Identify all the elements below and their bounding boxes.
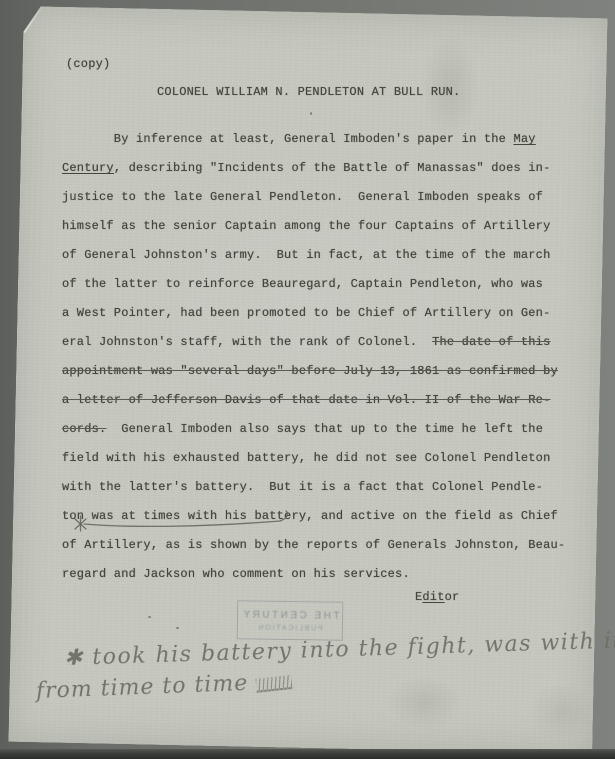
typed-line: a letter of Jefferson Davis of that date… [62, 386, 592, 415]
typed-segment: field with his exhausted battery, he did… [62, 451, 550, 465]
typed-line: with the latter's battery. But it is a f… [62, 473, 592, 502]
typed-segment: ton [62, 509, 84, 523]
typed-segment: of Artillery, as is shown by the reports… [62, 538, 565, 552]
signature-segment: or [445, 590, 460, 604]
typed-line: of the latter to reinforce Beauregard, C… [62, 270, 592, 299]
typed-segment: and active on the field as Chief [314, 509, 558, 523]
typed-segment: of General Johnston's army. But in fact,… [62, 248, 550, 262]
ink-speck [310, 112, 312, 115]
pencil-speck [148, 616, 151, 618]
handwritten-annotation-line-2: from time to time [36, 669, 293, 704]
typed-segment: a West Pointer, had been promoted to be … [62, 306, 550, 320]
typed-segment: with the latter's battery. But it is a f… [62, 480, 543, 494]
typed-segment: Century [62, 161, 114, 175]
typed-segment: himself as the senior Captain among the … [62, 219, 550, 233]
pencil-speck [176, 627, 179, 629]
typed-line: a West Pointer, had been promoted to be … [62, 299, 592, 328]
typed-segment: By inference at least, General Imboden's… [62, 132, 513, 146]
document-title: COLONEL WILLIAM N. PENDLETON AT BULL RUN… [157, 84, 460, 100]
page-content: (copy) COLONEL WILLIAM N. PENDLETON AT B… [0, 0, 615, 759]
typed-body: By inference at least, General Imboden's… [62, 125, 592, 589]
typed-line: himself as the senior Captain among the … [62, 212, 592, 241]
typed-line: eral Johnston's staff, with the rank of … [62, 328, 592, 357]
typed-line: appointment was "several days" before Ju… [62, 357, 592, 386]
typed-line: cords. General Imboden also says that up… [62, 415, 592, 444]
stamp-text-line1: THE CENTURY [241, 609, 340, 621]
typed-line: of General Johnston's army. But in fact,… [62, 241, 592, 270]
typed-segment: was at times with his battery, [84, 509, 313, 523]
typed-line: regard and Jackson who comment on his se… [62, 560, 592, 589]
typed-line: field with his exhausted battery, he did… [62, 444, 592, 473]
typed-segment: eral Johnston's staff, with the rank of … [62, 335, 432, 349]
typed-line: justice to the late General Pendleton. G… [62, 183, 592, 212]
typed-segment: , describing "Incidents of the Battle of… [114, 161, 551, 175]
typed-line: of Artillery, as is shown by the reports… [62, 531, 592, 560]
typed-line: ton was at times with his battery, and a… [62, 502, 592, 531]
typed-segment: May [513, 132, 535, 146]
scribbled-out-word [256, 675, 293, 693]
typed-segment: General Imboden also says that up to the… [106, 422, 543, 436]
typed-line: Century, describing "Incidents of the Ba… [62, 154, 592, 183]
typed-segment: cords. [62, 422, 106, 436]
typed-segment: a letter of Jefferson Davis of that date… [62, 393, 550, 407]
stamp-text-line2: PUBLICATION [257, 622, 323, 632]
signature-segment-underlined: dit [422, 590, 444, 604]
copy-label: (copy) [66, 56, 110, 72]
typed-segment: of the latter to reinforce Beauregard, C… [62, 277, 543, 291]
century-stamp-bleedthrough: THE CENTURY PUBLICATION [237, 600, 344, 640]
document-scan: (copy) COLONEL WILLIAM N. PENDLETON AT B… [0, 0, 615, 759]
typed-segment: appointment was "several days" before Ju… [62, 364, 558, 378]
handwriting-text: from time to time [36, 671, 249, 704]
typed-segment: regard and Jackson who comment on his se… [62, 567, 410, 581]
typed-segment: justice to the late General Pendleton. G… [62, 190, 543, 204]
editor-signature: Editor [415, 589, 459, 605]
typed-line: By inference at least, General Imboden's… [62, 125, 592, 154]
typed-segment: The date of this [432, 335, 550, 349]
